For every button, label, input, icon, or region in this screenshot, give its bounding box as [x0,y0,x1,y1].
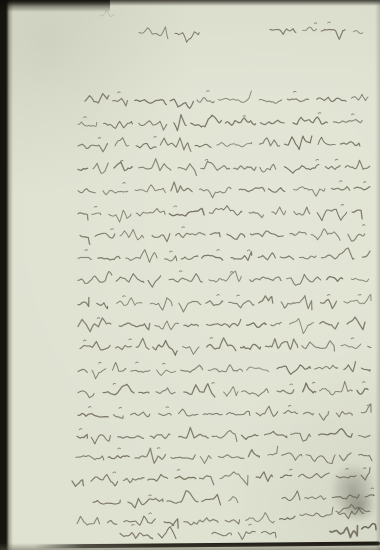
handwriting-layer [0,0,380,550]
top-left-corner-shadow [0,0,110,12]
bottom-scan-shadow [0,543,380,550]
handwriting-body-line-8 [78,248,370,262]
handwriting-body-line-9 [78,271,369,287]
handwriting-address-line [77,513,295,529]
right-edge-shade [375,0,380,550]
handwriting-closing-line-left [93,491,238,508]
handwriting-body-line-14 [78,381,368,398]
handwriting-date-line [270,22,363,39]
handwriting-body-line-13 [78,362,370,379]
handwriting-body-line-5 [78,181,370,198]
scanned-letter-page [0,0,380,550]
handwriting-body-line-1 [85,91,368,109]
handwriting-body-line-6 [78,204,362,222]
handwriting-body-line-15 [78,404,371,420]
handwriting-body-line-3 [78,136,360,152]
handwriting-signature-mark-upper [336,504,370,512]
handwriting-address-word-left [120,524,176,538]
handwriting-body-line-7 [80,225,365,245]
handwriting-header-word [139,27,199,42]
handwriting-closing-note-right [282,488,374,501]
handwriting-body-line-11 [78,317,365,333]
handwriting-body-line-16 [77,427,370,444]
handwriting-body-line-18 [72,468,370,487]
left-binding-edge [0,0,13,550]
handwriting-body-line-10 [78,294,371,312]
handwriting-body-line-17 [76,446,372,463]
handwriting-body-line-4 [78,159,370,176]
handwriting-signature-flourish [330,524,376,538]
handwriting-body-line-12 [80,338,371,356]
handwriting-body-line-2 [78,113,362,131]
handwriting-address-word-right [212,524,276,539]
